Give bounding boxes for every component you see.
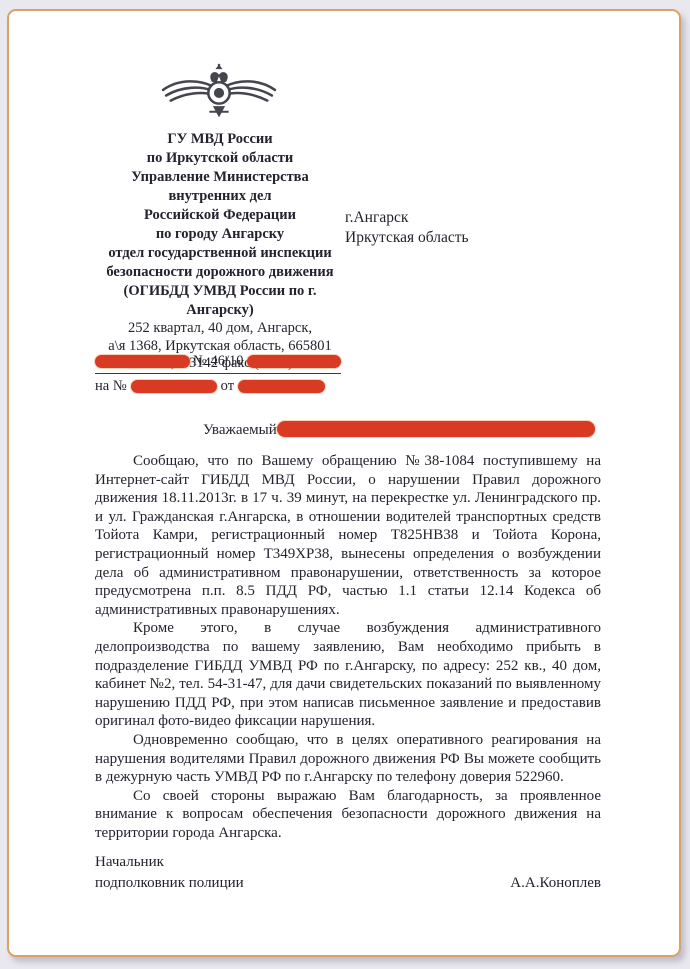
letterhead-line: по городу Ангарску	[95, 225, 345, 244]
letterhead-line: отдел государственной инспекции	[95, 244, 345, 263]
salutation-line: Уважаемый	[95, 421, 607, 439]
redaction-bar	[277, 421, 595, 437]
letterhead-line: ГУ МВД России	[95, 130, 345, 149]
salutation-text: Уважаемый	[203, 422, 277, 438]
letterhead-line: Управление Министерства	[95, 168, 345, 187]
letterhead-line: внутренних дел	[95, 187, 345, 206]
letterhead-line: по Иркутской области	[95, 149, 345, 168]
paragraph: Одновременно сообщаю, что в целях операт…	[95, 731, 601, 787]
letterhead: ГУ МВД России по Иркутской области Управ…	[95, 130, 345, 373]
letter-document: { "letter": { "emblem_icon": "mvd-double…	[0, 0, 690, 969]
paragraph: Со своей стороны выражаю Вам благодарнос…	[95, 787, 601, 843]
letter-body: Сообщаю, что по Вашему обращению №38-108…	[95, 452, 601, 842]
signer-position: Начальник	[95, 852, 601, 873]
place-region: Иркутская область	[345, 228, 469, 248]
mvd-double-headed-eagle-icon	[159, 63, 279, 127]
signature-block: Начальник подполковник полиции А.А.Коноп…	[95, 852, 601, 894]
outgoing-number-prefix: № 46/10	[193, 353, 244, 370]
redaction-bar	[131, 380, 217, 393]
redaction-bar	[247, 355, 341, 368]
paragraph: Сообщаю, что по Вашему обращению №38-108…	[95, 452, 601, 619]
letterhead-line: безопасности дорожного движения	[95, 263, 345, 282]
letterhead-line: (ОГИБДД УМВД России по г.	[95, 282, 345, 301]
reply-prefix: на №	[95, 378, 127, 395]
place-block: г.Ангарск Иркутская область	[345, 208, 469, 248]
letterhead-address-line: 252 квартал, 40 дом, Ангарск,	[95, 320, 345, 338]
paragraph: Кроме этого, в случае возбуждения админи…	[95, 619, 601, 731]
reference-block: № 46/10 на № от	[95, 354, 341, 394]
letterhead-line: Российской Федерации	[95, 206, 345, 225]
place-city: г.Ангарск	[345, 208, 469, 228]
letterhead-line: Ангарску)	[95, 301, 345, 320]
incoming-number-row: на № от	[95, 378, 341, 394]
letter-page: ГУ МВД России по Иркутской области Управ…	[7, 9, 681, 957]
redaction-bar	[238, 380, 325, 393]
outgoing-number-row: № 46/10	[95, 354, 341, 374]
redaction-bar	[95, 355, 190, 368]
reply-from-label: от	[221, 378, 234, 395]
signer-name: А.А.Коноплев	[510, 873, 601, 894]
